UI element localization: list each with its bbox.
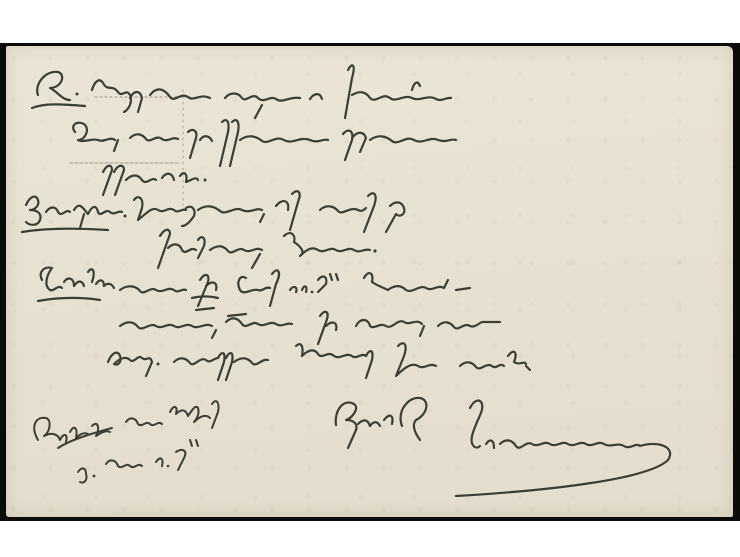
line-3-ink bbox=[103, 166, 207, 195]
line-5-ink bbox=[158, 230, 377, 268]
line-8-ink bbox=[108, 343, 530, 380]
line-4-ink bbox=[22, 191, 404, 232]
line-2-ink bbox=[73, 120, 456, 166]
line-1-ink bbox=[32, 65, 451, 118]
line-7-ink bbox=[120, 312, 500, 344]
postscript-ink bbox=[34, 401, 218, 482]
handwriting bbox=[0, 0, 740, 557]
closing-ink bbox=[336, 398, 427, 448]
signature-ink bbox=[456, 401, 670, 496]
line-6-ink bbox=[38, 268, 470, 310]
